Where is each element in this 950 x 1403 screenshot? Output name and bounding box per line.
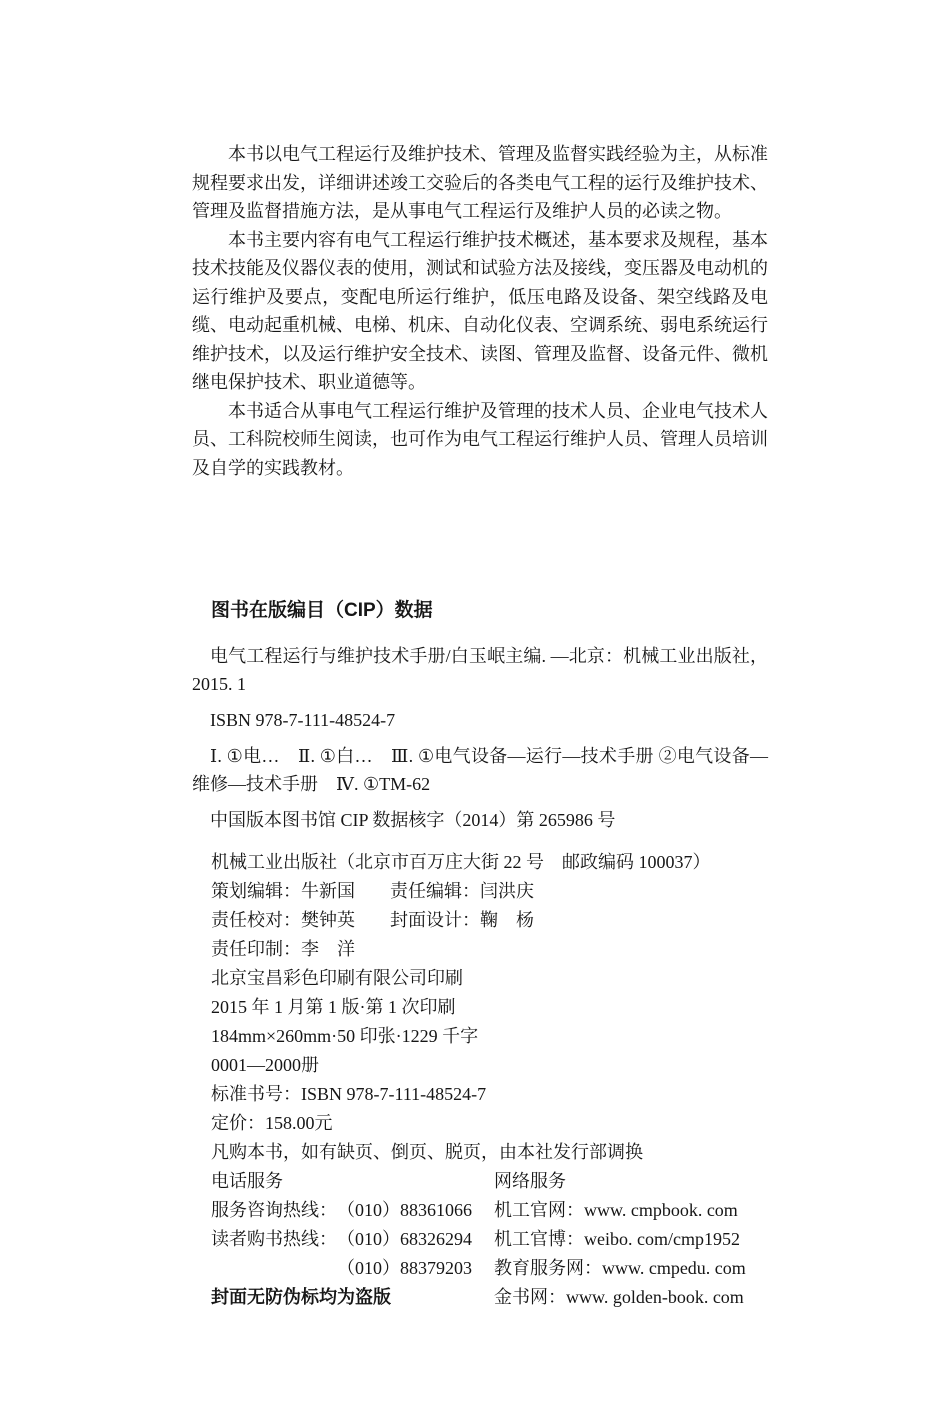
network-service-heading: 网络服务 [494, 1167, 832, 1196]
official-site-label: 机工官网： [494, 1200, 584, 1220]
planning-editor: 策划编辑：牛新国 [211, 877, 390, 906]
summary-paragraph-1: 本书以电气工程运行及维护技术、管理及监督实践经验为主，从标准规程要求出发，详细讲… [192, 140, 768, 226]
printer-line: 北京宝昌彩色印刷有限公司印刷 [192, 964, 812, 993]
service-hotline-label: 服务咨询热线： [211, 1196, 337, 1225]
cip-record-line: 中国版本图书馆 CIP 数据核字（2014）第 265986 号 [192, 806, 768, 834]
golden-book-label: 金书网： [494, 1287, 566, 1307]
editor-row: 策划编辑：牛新国责任编辑：闫洪庆 [192, 877, 812, 906]
summary-paragraph-2: 本书主要内容有电气工程运行维护技术概述，基本要求及规程，基本技术技能及仪器仪表的… [192, 226, 768, 397]
service-hotline-number: （010）88361066 [337, 1200, 472, 1220]
weibo-label: 机工官博： [494, 1229, 584, 1249]
phone-service-heading: 电话服务 [211, 1167, 494, 1196]
cip-data-section: 图书在版编目（CIP）数据 电气工程运行与维护技术手册/白玉岷主编. —北京：机… [192, 598, 768, 834]
reader-hotline-row: 读者购书热线：（010）68326294 [211, 1225, 494, 1254]
edu-site-url: www. cmpedu. com [602, 1258, 746, 1278]
reader-hotline-number-2: （010）88379203 [337, 1258, 472, 1278]
edu-site-row: 教育服务网：www. cmpedu. com [494, 1254, 832, 1283]
cip-isbn-line: ISBN 978-7-111-48524-7 [192, 706, 768, 734]
print-run-line: 0001—2000册 [192, 1051, 812, 1080]
golden-book-url: www. golden-book. com [566, 1287, 744, 1307]
reader-hotline-row-2: （010）88379203 [211, 1254, 494, 1283]
cip-catalog-line: 电气工程运行与维护技术手册/白玉岷主编. —北京：机械工业出版社，2015. 1 [192, 642, 768, 698]
book-summary: 本书以电气工程运行及维护技术、管理及监督实践经验为主，从标准规程要求出发，详细讲… [192, 140, 768, 482]
responsible-editor: 责任编辑：闫洪庆 [390, 881, 534, 901]
phone-service-column: 电话服务 服务咨询热线：（010）88361066 读者购书热线：（010）68… [192, 1167, 494, 1312]
reader-hotline-number: （010）68326294 [337, 1229, 472, 1249]
reader-hotline-label: 读者购书热线： [211, 1225, 337, 1254]
publication-imprint: 机械工业出版社（北京市百万庄大街 22 号 邮政编码 100037） 策划编辑：… [192, 848, 812, 1167]
edition-line: 2015 年 1 月第 1 版·第 1 次印刷 [192, 993, 812, 1022]
weibo-url: weibo. com/cmp1952 [584, 1229, 740, 1249]
price-line: 定价：158.00元 [192, 1109, 812, 1138]
official-site-url: www. cmpbook. com [584, 1200, 738, 1220]
publisher-line: 机械工业出版社（北京市百万庄大街 22 号 邮政编码 100037） [192, 848, 812, 877]
editor-row: 责任印制：李 洋 [192, 935, 812, 964]
service-contacts: 电话服务 服务咨询热线：（010）88361066 读者购书热线：（010）68… [192, 1167, 832, 1312]
cip-classification-line: Ⅰ. ①电… Ⅱ. ①白… Ⅲ. ①电气设备—运行—技术手册 ②电气设备—维修—… [192, 742, 768, 798]
cover-designer: 封面设计：鞠 杨 [390, 910, 534, 930]
golden-book-row: 金书网：www. golden-book. com [494, 1283, 832, 1312]
proofreader: 责任校对：樊钟英 [211, 906, 390, 935]
weibo-row: 机工官博：weibo. com/cmp1952 [494, 1225, 832, 1254]
book-number-line: 标准书号：ISBN 978-7-111-48524-7 [192, 1080, 812, 1109]
service-hotline-row: 服务咨询热线：（010）88361066 [211, 1196, 494, 1225]
cip-heading: 图书在版编目（CIP）数据 [192, 598, 768, 624]
print-supervisor: 责任印制：李 洋 [211, 935, 390, 964]
summary-paragraph-3: 本书适合从事电气工程运行维护及管理的技术人员、企业电气技术人员、工科院校师生阅读… [192, 397, 768, 483]
exchange-notice: 凡购本书，如有缺页、倒页、脱页，由本社发行部调换 [192, 1138, 812, 1167]
editor-row: 责任校对：樊钟英封面设计：鞠 杨 [192, 906, 812, 935]
edu-site-label: 教育服务网： [494, 1258, 602, 1278]
book-copyright-page: 本书以电气工程运行及维护技术、管理及监督实践经验为主，从标准规程要求出发，详细讲… [0, 0, 950, 1403]
official-site-row: 机工官网：www. cmpbook. com [494, 1196, 832, 1225]
network-service-column: 网络服务 机工官网：www. cmpbook. com 机工官博：weibo. … [494, 1167, 832, 1312]
format-line: 184mm×260mm·50 印张·1229 千字 [192, 1022, 812, 1051]
anti-piracy-notice: 封面无防伪标均为盗版 [211, 1283, 494, 1312]
